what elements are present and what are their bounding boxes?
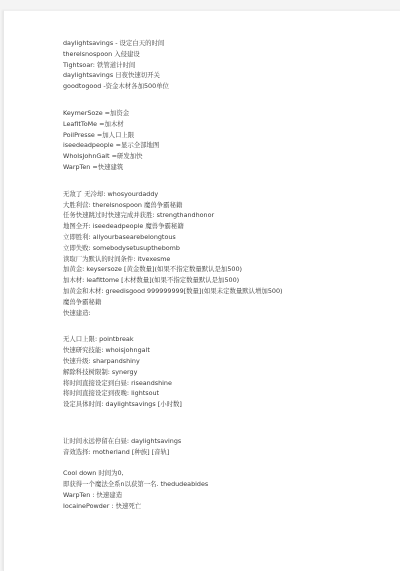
text-line: 魔兽争霸秘籍 (63, 297, 393, 308)
section-4: 无人口上限: pointbreak 快速研究技能: whoisjohngalt … (63, 334, 393, 410)
text-line: PoilPresse =加人口上限 (63, 130, 393, 141)
text-line: WhoIsJohnGalt =研发加快 (63, 151, 393, 162)
text-line: 加木材: leafittome [木材数量](如果不指定数量默认是加500) (63, 275, 393, 286)
text-line: 快速升级: sharpandshiny (63, 356, 393, 367)
document-body: daylightsavings - 设定白天的时间 therelsnospoon… (63, 38, 393, 511)
text-line: therelsnospoon 入侵建设 (63, 49, 393, 60)
section-2: KeymerSoze =加资金 LeafItToMe =加木材 PoilPres… (63, 108, 393, 173)
text-line: 设定具体时间: daylightsavings [小时数] (63, 399, 393, 410)
spacer (63, 92, 393, 108)
document-page: daylightsavings - 设定白天的时间 therelsnospoon… (3, 10, 400, 565)
text-line: Tightsoar: 铁管道计时间 (63, 60, 393, 71)
section-5: 让时间永远停留在白昼: daylightsavings 音效选择: mother… (63, 436, 393, 458)
text-line: 加黄金和木材: greedisgood 999999999[数量](如果未定数量… (63, 286, 393, 297)
text-line: 让时间永远停留在白昼: daylightsavings (63, 436, 393, 447)
section-6: Cool down 时间为0, 即获得一个魔法全系n以获第一名. thedude… (63, 468, 393, 511)
text-line: 解除科技树限制: synergy (63, 367, 393, 378)
text-line: 读取厂为默认的时间条件: itvexesme (63, 254, 393, 265)
text-line: goodtogood -资金木材各加500单位 (63, 81, 393, 92)
section-1: daylightsavings - 设定白天的时间 therelsnospoon… (63, 38, 393, 92)
text-line: 快速研究技能: whoisjohngalt (63, 345, 393, 356)
text-line: daylightsavings 日夜快速切开关 (63, 70, 393, 81)
text-line: WarpTen =快速建筑 (63, 162, 393, 173)
text-line: Cool down 时间为0, (63, 468, 393, 479)
spacer (63, 410, 393, 436)
text-line: 即获得一个魔法全系n以获第一名. thedudeabides (63, 479, 393, 490)
spacer (63, 173, 393, 189)
text-line: WarpTen : 快速建造 (63, 490, 393, 501)
text-line: 将时间直接设定到白昼: riseandshine (63, 378, 393, 389)
text-line: 大胜利营: therelsnospoon 魔兽争霸秘籍 (63, 200, 393, 211)
text-line: iseedeadpeople =显示全部地图 (63, 140, 393, 151)
text-line: 任务快速跳过时快速完成并获胜: strengthandhonor (63, 210, 393, 221)
text-line: IocainePowder : 快速死亡 (63, 501, 393, 512)
text-line: 快速建造: (63, 308, 393, 319)
text-line: 无人口上限: pointbreak (63, 334, 393, 345)
text-line: 无敌了 无冷却: whosyourdaddy (63, 189, 393, 200)
section-3: 无敌了 无冷却: whosyourdaddy 大胜利营: therelsnosp… (63, 189, 393, 319)
text-line: 音效选择: motherland [种族] [音轨] (63, 447, 393, 458)
text-line: 立即胜利: allyourbasearebelongtous (63, 232, 393, 243)
text-line: 将时间直接设定到夜晚: lightsout (63, 388, 393, 399)
spacer (63, 458, 393, 469)
spacer (63, 318, 393, 334)
text-line: 立即失败: somebodysetusupthebomb (63, 243, 393, 254)
text-line: 加黄金: keysersoze [黄金数量](如果不指定数量默认是加500) (63, 264, 393, 275)
text-line: LeafItToMe =加木材 (63, 119, 393, 130)
text-line: 地图全开: iseedeadpeople 魔兽争霸秘籍 (63, 221, 393, 232)
text-line: daylightsavings - 设定白天的时间 (63, 38, 393, 49)
text-line: KeymerSoze =加资金 (63, 108, 393, 119)
